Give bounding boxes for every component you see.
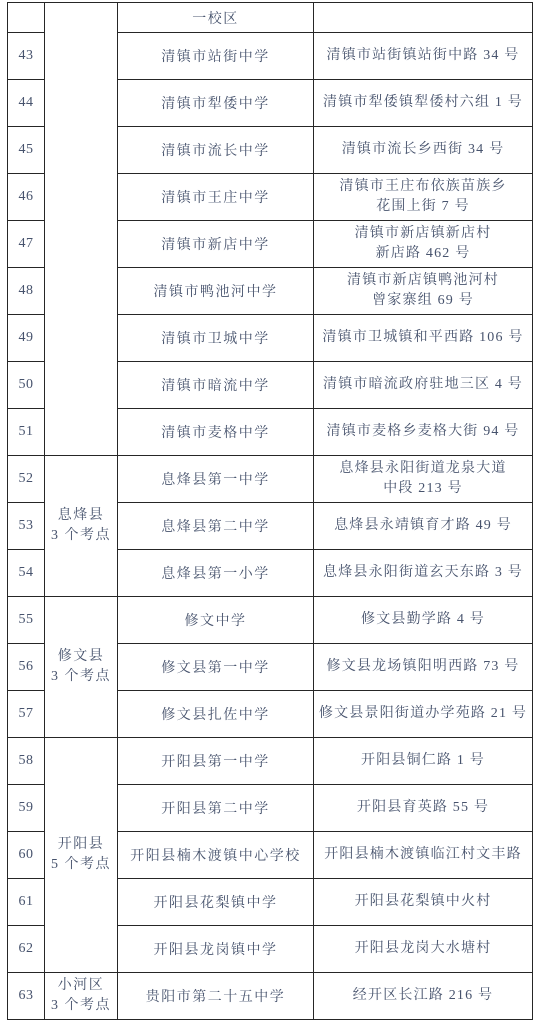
district-label: 5 个考点 [49,855,113,875]
address-line: 清镇市王庄布依族苗族乡 [318,177,528,197]
address-line: 开阳县楠木渡镇临江村文丰路 [318,845,528,865]
school-name-cell: 修文中学 [118,597,314,644]
row-number-cell: 57 [8,691,45,738]
school-name-cell: 开阳县楠木渡镇中心学校 [118,832,314,879]
school-name-cell: 一校区 [118,3,314,33]
school-name-cell: 清镇市王庄中学 [118,174,314,221]
address-cell: 息烽县永阳街道玄天东路 3 号 [314,550,533,597]
row-number-cell: 51 [8,409,45,456]
address-line: 开阳县龙岗大水塘村 [318,939,528,959]
address-cell: 清镇市站街镇站街中路 34 号 [314,33,533,80]
school-name-cell: 息烽县第一中学 [118,456,314,503]
address-line: 经开区长江路 216 号 [318,986,528,1006]
school-name-cell: 开阳县花梨镇中学 [118,879,314,926]
address-cell: 开阳县铜仁路 1 号 [314,738,533,785]
row-number-cell: 54 [8,550,45,597]
table-row: 一校区 [8,3,533,33]
school-name-cell: 清镇市鸭池河中学 [118,268,314,315]
table-row: 63小河区3 个考点贵阳市第二十五中学经开区长江路 216 号 [8,973,533,1020]
row-number-cell: 46 [8,174,45,221]
address-line: 开阳县育英路 55 号 [318,798,528,818]
address-line: 清镇市麦格乡麦格大街 94 号 [318,422,528,442]
exam-sites-table: 一校区43清镇市站街中学清镇市站街镇站街中路 34 号44清镇市犁倭中学清镇市犁… [7,2,533,1020]
school-name-cell: 清镇市暗流中学 [118,362,314,409]
row-number-cell: 45 [8,127,45,174]
address-line: 清镇市站街镇站街中路 34 号 [318,46,528,66]
table-row: 58开阳县5 个考点开阳县第一中学开阳县铜仁路 1 号 [8,738,533,785]
row-number-cell: 55 [8,597,45,644]
school-name-cell: 清镇市站街中学 [118,33,314,80]
table-row: 52息烽县3 个考点息烽县第一中学息烽县永阳街道龙泉大道中段 213 号 [8,456,533,503]
row-number-cell: 43 [8,33,45,80]
district-cell: 修文县3 个考点 [45,597,118,738]
address-line: 花围上街 7 号 [318,197,528,217]
address-cell: 清镇市新店镇鸭池河村曾家寨组 69 号 [314,268,533,315]
table-body: 一校区43清镇市站街中学清镇市站街镇站街中路 34 号44清镇市犁倭中学清镇市犁… [8,3,533,1020]
district-cell: 小河区3 个考点 [45,973,118,1020]
address-line: 开阳县花梨镇中火村 [318,892,528,912]
school-name-cell: 贵阳市第二十五中学 [118,973,314,1020]
address-cell: 清镇市王庄布依族苗族乡花围上街 7 号 [314,174,533,221]
address-line: 息烽县永阳街道龙泉大道 [318,459,528,479]
school-name-cell: 息烽县第二中学 [118,503,314,550]
school-name-cell: 清镇市麦格中学 [118,409,314,456]
district-label: 3 个考点 [49,996,113,1016]
address-cell: 修文县景阳街道办学苑路 21 号 [314,691,533,738]
district-cell [45,3,118,456]
row-number-cell: 58 [8,738,45,785]
address-line: 修文县龙场镇阳明西路 73 号 [318,657,528,677]
row-number-cell: 63 [8,973,45,1020]
address-line: 清镇市新店镇新店村 [318,224,528,244]
address-line: 修文县勤学路 4 号 [318,610,528,630]
district-label: 3 个考点 [49,526,113,546]
school-name-cell: 开阳县第一中学 [118,738,314,785]
school-name-cell: 清镇市犁倭中学 [118,80,314,127]
document-page: 一校区43清镇市站街中学清镇市站街镇站街中路 34 号44清镇市犁倭中学清镇市犁… [0,0,544,1031]
school-name-cell: 修文县第一中学 [118,644,314,691]
row-number-cell: 52 [8,456,45,503]
address-line: 清镇市流长乡西街 34 号 [318,140,528,160]
row-number-cell: 60 [8,832,45,879]
address-cell [314,3,533,33]
school-name-cell: 开阳县第二中学 [118,785,314,832]
address-line: 息烽县永靖镇育才路 49 号 [318,516,528,536]
school-name-cell: 清镇市卫城中学 [118,315,314,362]
district-cell: 息烽县3 个考点 [45,456,118,597]
district-label: 小河区 [49,976,113,996]
address-cell: 清镇市麦格乡麦格大街 94 号 [314,409,533,456]
school-name-cell: 清镇市流长中学 [118,127,314,174]
address-line: 曾家寨组 69 号 [318,291,528,311]
district-label: 修文县 [49,647,113,667]
address-cell: 清镇市新店镇新店村新店路 462 号 [314,221,533,268]
address-line: 清镇市暗流政府驻地三区 4 号 [318,375,528,395]
school-name-cell: 清镇市新店中学 [118,221,314,268]
row-number-cell: 47 [8,221,45,268]
address-line: 清镇市新店镇鸭池河村 [318,271,528,291]
address-line: 息烽县永阳街道玄天东路 3 号 [318,563,528,583]
row-number-cell: 59 [8,785,45,832]
address-line: 开阳县铜仁路 1 号 [318,751,528,771]
school-name-cell: 修文县扎佐中学 [118,691,314,738]
address-cell: 经开区长江路 216 号 [314,973,533,1020]
address-cell: 息烽县永靖镇育才路 49 号 [314,503,533,550]
address-cell: 清镇市暗流政府驻地三区 4 号 [314,362,533,409]
row-number-cell: 61 [8,879,45,926]
address-line: 中段 213 号 [318,479,528,499]
address-cell: 清镇市卫城镇和平西路 106 号 [314,315,533,362]
row-number-cell: 56 [8,644,45,691]
address-line: 修文县景阳街道办学苑路 21 号 [318,704,528,724]
row-number-cell: 50 [8,362,45,409]
address-cell: 开阳县龙岗大水塘村 [314,926,533,973]
table-row: 55修文县3 个考点修文中学修文县勤学路 4 号 [8,597,533,644]
row-number-cell: 49 [8,315,45,362]
row-number-cell: 53 [8,503,45,550]
address-line: 新店路 462 号 [318,244,528,264]
address-line: 清镇市犁倭镇犁倭村六组 1 号 [318,93,528,113]
district-label: 3 个考点 [49,667,113,687]
address-cell: 息烽县永阳街道龙泉大道中段 213 号 [314,456,533,503]
district-label: 息烽县 [49,506,113,526]
address-cell: 清镇市流长乡西街 34 号 [314,127,533,174]
address-cell: 开阳县花梨镇中火村 [314,879,533,926]
district-label: 开阳县 [49,835,113,855]
address-cell: 清镇市犁倭镇犁倭村六组 1 号 [314,80,533,127]
row-number-cell: 44 [8,80,45,127]
school-name-cell: 开阳县龙岗镇中学 [118,926,314,973]
row-number-cell: 48 [8,268,45,315]
district-cell: 开阳县5 个考点 [45,738,118,973]
address-line: 清镇市卫城镇和平西路 106 号 [318,328,528,348]
address-cell: 修文县勤学路 4 号 [314,597,533,644]
row-number-cell: 62 [8,926,45,973]
address-cell: 开阳县育英路 55 号 [314,785,533,832]
address-cell: 修文县龙场镇阳明西路 73 号 [314,644,533,691]
row-number-cell [8,3,45,33]
address-cell: 开阳县楠木渡镇临江村文丰路 [314,832,533,879]
school-name-cell: 息烽县第一小学 [118,550,314,597]
